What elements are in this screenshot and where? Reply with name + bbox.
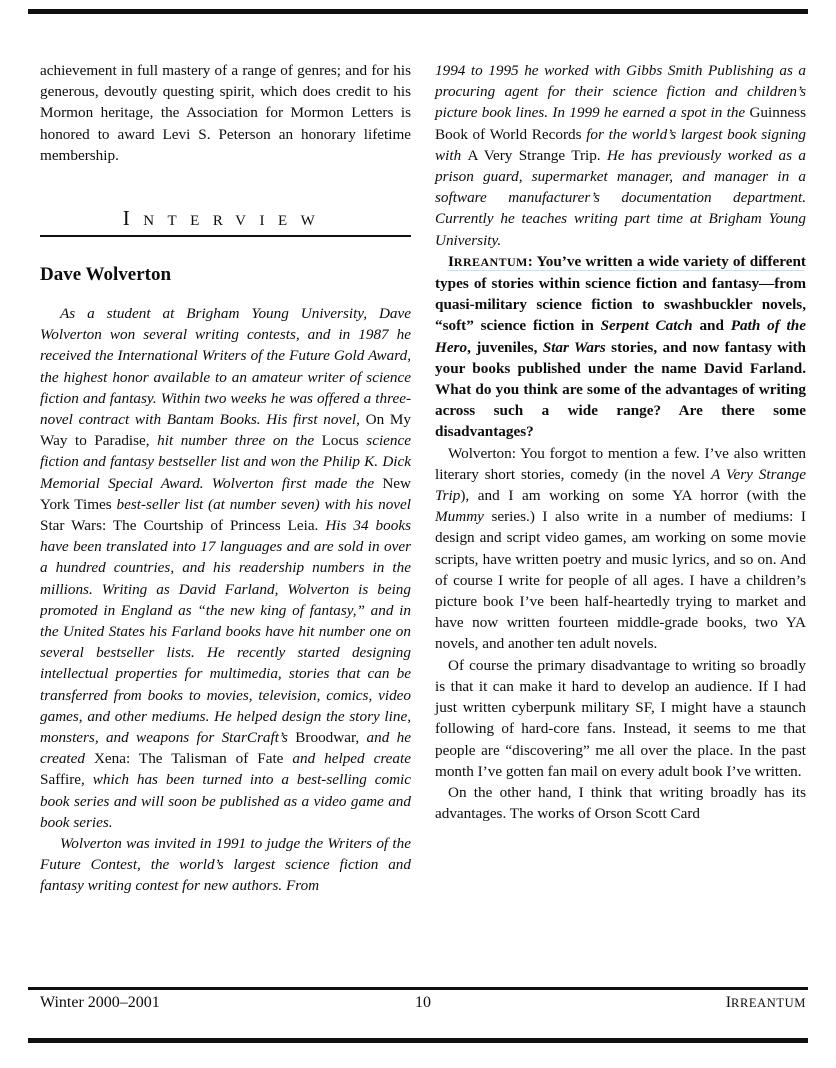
scan-artifact-underline	[447, 270, 804, 272]
section-label-rest: NTERVIEW	[143, 213, 328, 229]
bio-paragraph-continued: 1994 to 1995 he worked with Gibbs Smith …	[435, 60, 806, 251]
answer-paragraph-2: Of course the primary disadvantage to wr…	[435, 655, 806, 782]
question-text: IRREANTUM: You’ve written a wide variety…	[435, 253, 806, 441]
journal-page: achievement in full mastery of a range o…	[0, 0, 836, 1068]
page-footer: Winter 2000–2001 10 IRREANTUM	[40, 993, 806, 1015]
section-label-first-letter: I	[123, 206, 144, 230]
bottom-rule-bar	[28, 1038, 808, 1043]
closing-paragraph: achievement in full mastery of a range o…	[40, 60, 411, 166]
right-column: 1994 to 1995 he worked with Gibbs Smith …	[435, 60, 806, 897]
bio-paragraph-1: As a student at Brigham Young University…	[40, 303, 411, 833]
bio-paragraph-2: Wolverton was invited in 1991 to judge t…	[40, 833, 411, 897]
footer-rule	[28, 987, 808, 990]
interview-question-paragraph: IRREANTUM: You’ve written a wide variety…	[435, 251, 806, 443]
footer-page-number: 10	[40, 993, 806, 1013]
section-heading-interview: INTERVIEW	[40, 208, 411, 237]
answer-paragraph-3: On the other hand, I think that writing …	[435, 782, 806, 824]
top-rule-bar	[28, 9, 808, 14]
left-column: achievement in full mastery of a range o…	[40, 60, 411, 897]
author-heading: Dave Wolverton	[40, 263, 411, 287]
answer-paragraph-1: Wolverton: You forgot to mention a few. …	[435, 443, 806, 655]
two-column-body: achievement in full mastery of a range o…	[40, 60, 806, 897]
footer-journal-title: IRREANTUM	[726, 993, 806, 1013]
journal-title-smallcaps: RREANTUM	[731, 996, 806, 1010]
